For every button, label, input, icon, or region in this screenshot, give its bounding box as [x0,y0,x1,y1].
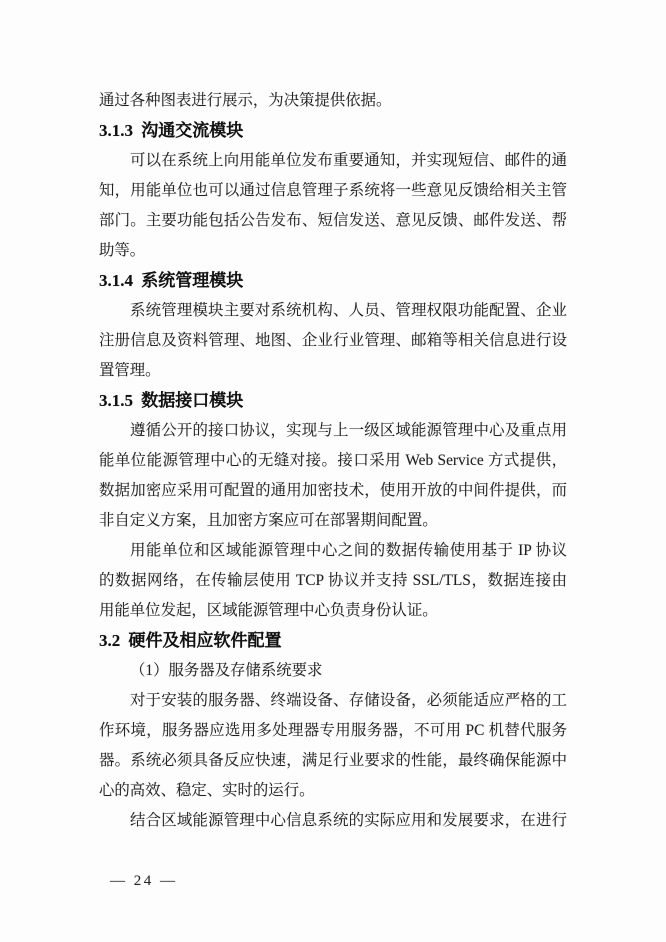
section-heading: 3.1.3 沟通交流模块 [99,116,567,146]
text-line: 对于安装的服务器、终端设备、存储设备，必须能适应严格的工 [99,686,567,716]
text-line: 数据加密应采用可配置的通用加密技术，使用开放的中间件提供，而 [99,476,567,506]
text-line: （1）服务器及存储系统要求 [99,656,567,686]
page-number: — 24 — [110,873,178,889]
text-line: 遵循公开的接口协议，实现与上一级区域能源管理中心及重点用 [99,416,567,446]
page-footer: — 24 — [110,869,178,893]
text-line: 助等。 [99,236,567,266]
text-line: 系统管理模块主要对系统机构、人员、管理权限功能配置、企业 [99,296,567,326]
text-line: 可以在系统上向用能单位发布重要通知，并实现短信、邮件的通 [99,146,567,176]
text-line: 作环境，服务器应选用多处理器专用服务器，不可用 PC 机替代服务 [99,716,567,746]
section-heading: 3.1.4 系统管理模块 [99,266,567,296]
text-line: 注册信息及资料管理、地图、企业行业管理、邮箱等相关信息进行设 [99,326,567,356]
text-line: 结合区域能源管理中心信息系统的实际应用和发展要求，在进行 [99,806,567,836]
text-line: 用能单位和区域能源管理中心之间的数据传输使用基于 IP 协议 [99,536,567,566]
text-line: 器。系统必须具备反应快速，满足行业要求的性能，最终确保能源中 [99,746,567,776]
text-line: 置管理。 [99,356,567,386]
text-line: 心的高效、稳定、实时的运行。 [99,776,567,806]
section-heading: 3.1.5 数据接口模块 [99,386,567,416]
section-heading: 3.2 硬件及相应软件配置 [99,626,567,656]
text-line: 部门。主要功能包括公告发布、短信发送、意见反馈、邮件发送、帮 [99,206,567,236]
scanned-document-page: 通过各种图表进行展示，为决策提供依据。3.1.3 沟通交流模块可以在系统上向用能… [0,0,666,942]
text-line: 通过各种图表进行展示，为决策提供依据。 [99,86,567,116]
text-line: 非自定义方案，且加密方案应可在部署期间配置。 [99,506,567,536]
document-body: 通过各种图表进行展示，为决策提供依据。3.1.3 沟通交流模块可以在系统上向用能… [99,86,567,836]
text-line: 能单位能源管理中心的无缝对接。接口采用 Web Service 方式提供， [99,446,567,476]
text-line: 的数据网络，在传输层使用 TCP 协议并支持 SSL/TLS，数据连接由 [99,566,567,596]
text-line: 用能单位发起，区域能源管理中心负责身份认证。 [99,596,567,626]
text-line: 知，用能单位也可以通过信息管理子系统将一些意见反馈给相关主管 [99,176,567,206]
